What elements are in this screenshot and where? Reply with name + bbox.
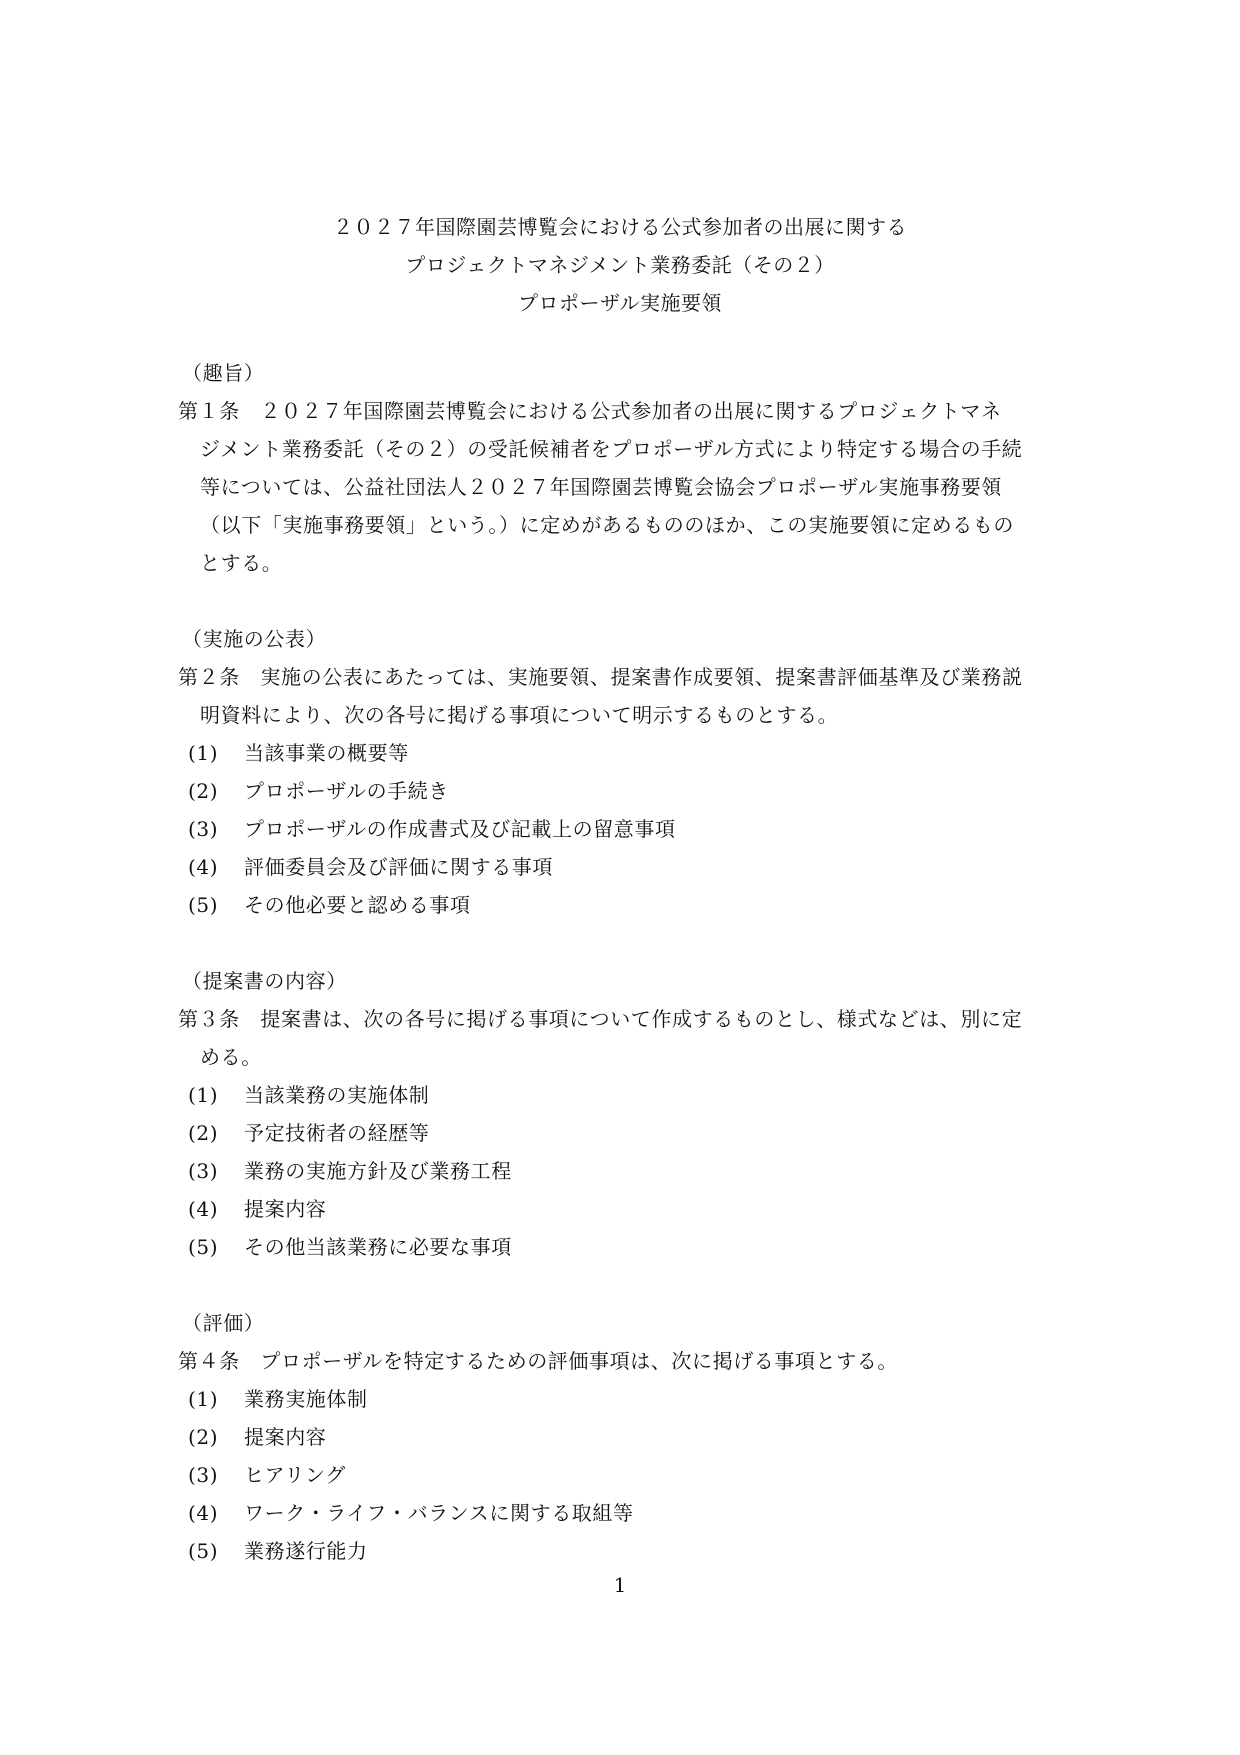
- list-item: (2) プロポーザルの手続き: [178, 772, 1068, 810]
- list-item-text: 業務遂行能力: [244, 1532, 368, 1570]
- list-item: (3) プロポーザルの作成書式及び記載上の留意事項: [178, 810, 1068, 848]
- section-heading: （評価）: [178, 1304, 1068, 1342]
- article-line: 第１条 ２０２７年国際園芸博覧会における公式参加者の出展に関するプロジェクトマネ: [178, 392, 1068, 430]
- section-heading: （提案書の内容）: [178, 962, 1068, 1000]
- list-item-text: 提案内容: [244, 1418, 326, 1456]
- list-item: (2) 提案内容: [178, 1418, 1068, 1456]
- list-item-text: 当該業務の実施体制: [244, 1076, 429, 1114]
- list-item-number: (2): [188, 772, 244, 810]
- list-item-text: 業務実施体制: [244, 1380, 368, 1418]
- article-line: とする。: [178, 544, 1068, 582]
- list-item-number: (3): [188, 1152, 244, 1190]
- list-item-number: (4): [188, 1494, 244, 1532]
- section-heading: （実施の公表）: [178, 620, 1068, 658]
- section-heading: （趣旨）: [178, 354, 1068, 392]
- spacer: [178, 582, 1068, 620]
- list-item: (4) 評価委員会及び評価に関する事項: [178, 848, 1068, 886]
- article-line: 第３条 提案書は、次の各号に掲げる事項について作成するものとし、様式などは、別に…: [178, 1000, 1068, 1038]
- article-line: 明資料により、次の各号に掲げる事項について明示するものとする。: [178, 696, 1068, 734]
- section-proposal-contents: （提案書の内容） 第３条 提案書は、次の各号に掲げる事項について作成するものとし…: [178, 962, 1068, 1266]
- title-line-2: プロジェクトマネジメント業務委託（その２）: [0, 246, 1240, 284]
- list-item: (1) 当該事業の概要等: [178, 734, 1068, 772]
- list-item-text: その他当該業務に必要な事項: [244, 1228, 512, 1266]
- list-item: (4) ワーク・ライフ・バランスに関する取組等: [178, 1494, 1068, 1532]
- list-item-number: (3): [188, 810, 244, 848]
- list-item-number: (1): [188, 1076, 244, 1114]
- list-item-text: 提案内容: [244, 1190, 326, 1228]
- list-item: (2) 予定技術者の経歴等: [178, 1114, 1068, 1152]
- list-item: (5) 業務遂行能力: [178, 1532, 1068, 1570]
- list-item: (1) 当該業務の実施体制: [178, 1076, 1068, 1114]
- title-line-3: プロポーザル実施要領: [0, 284, 1240, 322]
- title-line-1: ２０２７年国際園芸博覧会における公式参加者の出展に関する: [0, 208, 1240, 246]
- document-page: ２０２７年国際園芸博覧会における公式参加者の出展に関する プロジェクトマネジメン…: [0, 0, 1240, 1755]
- list-item-number: (1): [188, 734, 244, 772]
- list-item-number: (3): [188, 1456, 244, 1494]
- spacer: [178, 1266, 1068, 1304]
- list-item-text: プロポーザルの作成書式及び記載上の留意事項: [244, 810, 676, 848]
- list-item-number: (2): [188, 1114, 244, 1152]
- document-body: （趣旨） 第１条 ２０２７年国際園芸博覧会における公式参加者の出展に関するプロジ…: [178, 354, 1068, 1570]
- page-number: 1: [0, 1573, 1240, 1597]
- list-item-number: (2): [188, 1418, 244, 1456]
- list-item-number: (5): [188, 1228, 244, 1266]
- list-item-text: プロポーザルの手続き: [244, 772, 449, 810]
- list-item-text: その他必要と認める事項: [244, 886, 471, 924]
- list-item: (3) 業務の実施方針及び業務工程: [178, 1152, 1068, 1190]
- list-item-text: 当該事業の概要等: [244, 734, 409, 772]
- list-item: (4) 提案内容: [178, 1190, 1068, 1228]
- section-evaluation: （評価） 第４条 プロポーザルを特定するための評価事項は、次に掲げる事項とする。…: [178, 1304, 1068, 1570]
- article-line: ジメント業務委託（その２）の受託候補者をプロポーザル方式により特定する場合の手続: [178, 430, 1068, 468]
- list-item-number: (4): [188, 848, 244, 886]
- list-item: (1) 業務実施体制: [178, 1380, 1068, 1418]
- list-item-text: ヒアリング: [244, 1456, 346, 1494]
- list-item-text: 業務の実施方針及び業務工程: [244, 1152, 512, 1190]
- list-item-number: (5): [188, 886, 244, 924]
- spacer: [178, 924, 1068, 962]
- article-line: 第２条 実施の公表にあたっては、実施要領、提案書作成要領、提案書評価基準及び業務…: [178, 658, 1068, 696]
- list-item-number: (4): [188, 1190, 244, 1228]
- article-line: 等については、公益社団法人２０２７年国際園芸博覧会協会プロポーザル実施事務要領: [178, 468, 1068, 506]
- list-item: (3) ヒアリング: [178, 1456, 1068, 1494]
- article-line: める。: [178, 1038, 1068, 1076]
- article-line: （以下「実施事務要領」という。）に定めがあるもののほか、この実施要領に定めるもの: [178, 506, 1068, 544]
- list-item-number: (5): [188, 1532, 244, 1570]
- list-item: (5) その他必要と認める事項: [178, 886, 1068, 924]
- section-purpose: （趣旨） 第１条 ２０２７年国際園芸博覧会における公式参加者の出展に関するプロジ…: [178, 354, 1068, 582]
- list-item-text: ワーク・ライフ・バランスに関する取組等: [244, 1494, 634, 1532]
- list-item-text: 予定技術者の経歴等: [244, 1114, 429, 1152]
- article-line: 第４条 プロポーザルを特定するための評価事項は、次に掲げる事項とする。: [178, 1342, 1068, 1380]
- document-title: ２０２７年国際園芸博覧会における公式参加者の出展に関する プロジェクトマネジメン…: [0, 208, 1240, 322]
- list-item-number: (1): [188, 1380, 244, 1418]
- list-item-text: 評価委員会及び評価に関する事項: [244, 848, 553, 886]
- list-item: (5) その他当該業務に必要な事項: [178, 1228, 1068, 1266]
- section-publication: （実施の公表） 第２条 実施の公表にあたっては、実施要領、提案書作成要領、提案書…: [178, 620, 1068, 924]
